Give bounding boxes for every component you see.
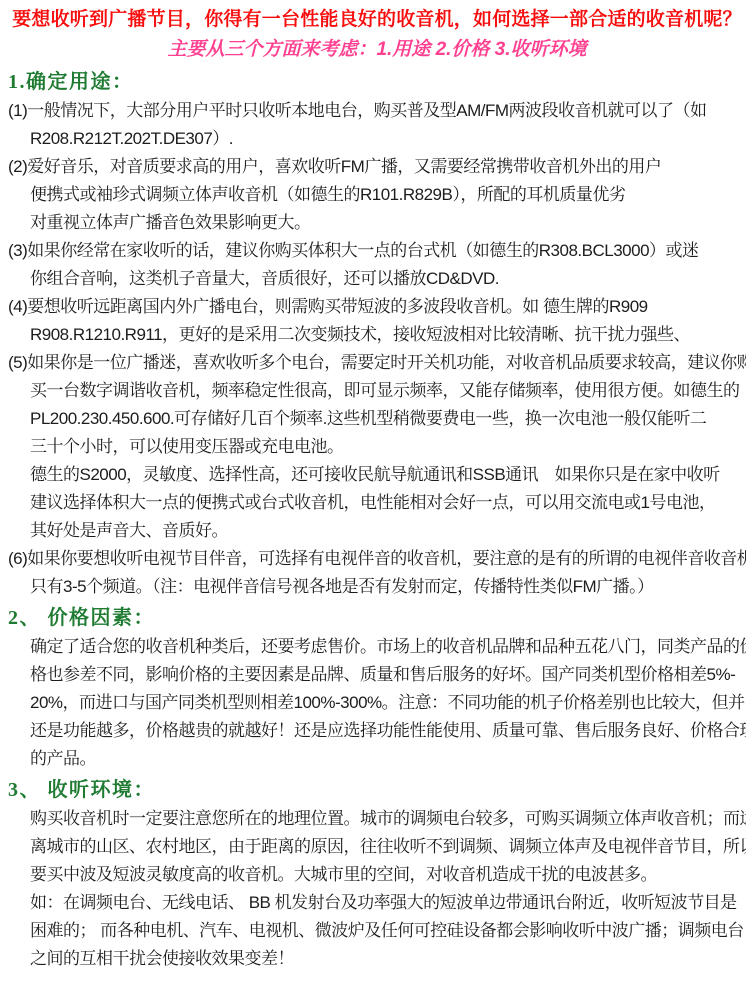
paragraph: (4)要想收听远距离国内外广播电台，则需购买带短波的多波段收音机。如 德生牌的R… bbox=[8, 293, 746, 349]
paragraph: (2)爱好音乐，对音质要求高的用户，喜欢收听FM广播，又需要经常携带收音机外出的… bbox=[8, 153, 746, 237]
text-line: 离城市的山区、农村地区，由于距离的原因，往往收听不到调频、调频立体声及电视伴音节… bbox=[8, 833, 746, 861]
paragraph: (6)如果你要想收听电视节目伴音，可选择有电视伴音的收音机，要注意的是有的所谓的… bbox=[8, 545, 746, 601]
text-line: 之间的互相干扰会使接收效果变差！ bbox=[8, 945, 746, 973]
text-line: 便携式或袖珍式调频立体声收音机（如德生的R101.R829B），所配的耳机质量优… bbox=[8, 181, 746, 209]
text-line: 对重视立体声广播音色效果影响更大。 bbox=[8, 209, 746, 237]
text-line: 20%，而进口与国产同类机型则相差100%-300%。注意：不同功能的机子价格差… bbox=[8, 689, 746, 717]
text-line: 如：在调频电台、无线电话、 BB 机发射台及功率强大的短波单边带通讯台附近，收听… bbox=[8, 889, 746, 917]
page-subtitle: 主要从三个方面来考虑：1.用途 2.价格 3.收听环境 bbox=[8, 35, 746, 65]
text-line: 困难的； 而各种电机、汽车、电视机、微波炉及任何可控硅设备都会影响收听中波广播；… bbox=[8, 917, 746, 945]
text-line: 只有3-5个频道。（注：电视伴音信号视各地是否有发射而定，传播特性类似FM广播。… bbox=[8, 573, 746, 601]
text-line: (1)一般情况下，大部分用户平时只收听本地电台，购买普及型AM/FM两波段收音机… bbox=[8, 97, 746, 125]
paragraph: (5)如果你是一位广播迷，喜欢收听多个电台，需要定时开关机功能，对收音机品质要求… bbox=[8, 349, 746, 545]
text-line: 格也参差不同，影响价格的主要因素是品牌、质量和售后服务的好坏。国产同类机型价格相… bbox=[8, 661, 746, 689]
text-line: 建议选择体积大一点的便携式或台式收音机，电性能相对会好一点，可以用交流电或1号电… bbox=[8, 489, 746, 517]
document-page: 要想收听到广播节目，你得有一台性能良好的收音机，如何选择一部合适的收音机呢？ 主… bbox=[0, 0, 750, 973]
paragraph: (1)一般情况下，大部分用户平时只收听本地电台，购买普及型AM/FM两波段收音机… bbox=[8, 97, 746, 153]
text-line: 的产品。 bbox=[8, 745, 746, 773]
section-heading: 2、 价格因素： bbox=[8, 605, 746, 631]
text-line: PL200.230.450.600.可存储好几百个频率.这些机型稍微要费电一些，… bbox=[8, 405, 746, 433]
text-line: (3)如果你经常在家收听的话，建议你购买体积大一点的台式机（如德生的R308.B… bbox=[8, 237, 746, 265]
text-line: (4)要想收听远距离国内外广播电台，则需购买带短波的多波段收音机。如 德生牌的R… bbox=[8, 293, 746, 321]
text-line: R208.R212T.202T.DE307）. bbox=[8, 125, 746, 153]
text-line: 其好处是声音大、音质好。 bbox=[8, 517, 746, 545]
paragraph: 确定了适合您的收音机种类后，还要考虑售价。市场上的收音机品牌和品种五花八门，同类… bbox=[8, 633, 746, 773]
section-heading: 1.确定用途： bbox=[8, 69, 746, 95]
page-title: 要想收听到广播节目，你得有一台性能良好的收音机，如何选择一部合适的收音机呢？ bbox=[8, 5, 746, 35]
text-line: R908.R1210.R911，更好的是采用二次变频技术，接收短波相对比较清晰、… bbox=[8, 321, 746, 349]
text-line: 购买收音机时一定要注意您所在的地理位置。城市的调频电台较多，可购买调频立体声收音… bbox=[8, 805, 746, 833]
section-heading: 3、 收听环境： bbox=[8, 777, 746, 803]
paragraph: (3)如果你经常在家收听的话，建议你购买体积大一点的台式机（如德生的R308.B… bbox=[8, 237, 746, 293]
text-line: 买一台数字调谐收音机，频率稳定性很高，即可显示频率，又能存储频率，使用很方便。如… bbox=[8, 377, 746, 405]
text-line: 还是功能越多，价格越贵的就越好！还是应选择功能性能使用、质量可靠、售后服务良好、… bbox=[8, 717, 746, 745]
text-line: (2)爱好音乐，对音质要求高的用户，喜欢收听FM广播，又需要经常携带收音机外出的… bbox=[8, 153, 746, 181]
text-line: 确定了适合您的收音机种类后，还要考虑售价。市场上的收音机品牌和品种五花八门，同类… bbox=[8, 633, 746, 661]
text-line: (5)如果你是一位广播迷，喜欢收听多个电台，需要定时开关机功能，对收音机品质要求… bbox=[8, 349, 746, 377]
text-line: (6)如果你要想收听电视节目伴音，可选择有电视伴音的收音机，要注意的是有的所谓的… bbox=[8, 545, 746, 573]
text-line: 德生的S2000，灵敏度、选择性高，还可接收民航导航通讯和SSB通讯 如果你只是… bbox=[8, 461, 746, 489]
text-line: 要买中波及短波灵敏度高的收音机。大城市里的空间，对收音机造成干扰的电波甚多。 bbox=[8, 861, 746, 889]
text-line: 你组合音响，这类机子音量大，音质很好，还可以播放CD&DVD. bbox=[8, 265, 746, 293]
text-line: 三十个小时，可以使用变压器或充电电池。 bbox=[8, 433, 746, 461]
paragraph: 购买收音机时一定要注意您所在的地理位置。城市的调频电台较多，可购买调频立体声收音… bbox=[8, 805, 746, 973]
sections-container: 1.确定用途：(1)一般情况下，大部分用户平时只收听本地电台，购买普及型AM/F… bbox=[8, 69, 746, 973]
